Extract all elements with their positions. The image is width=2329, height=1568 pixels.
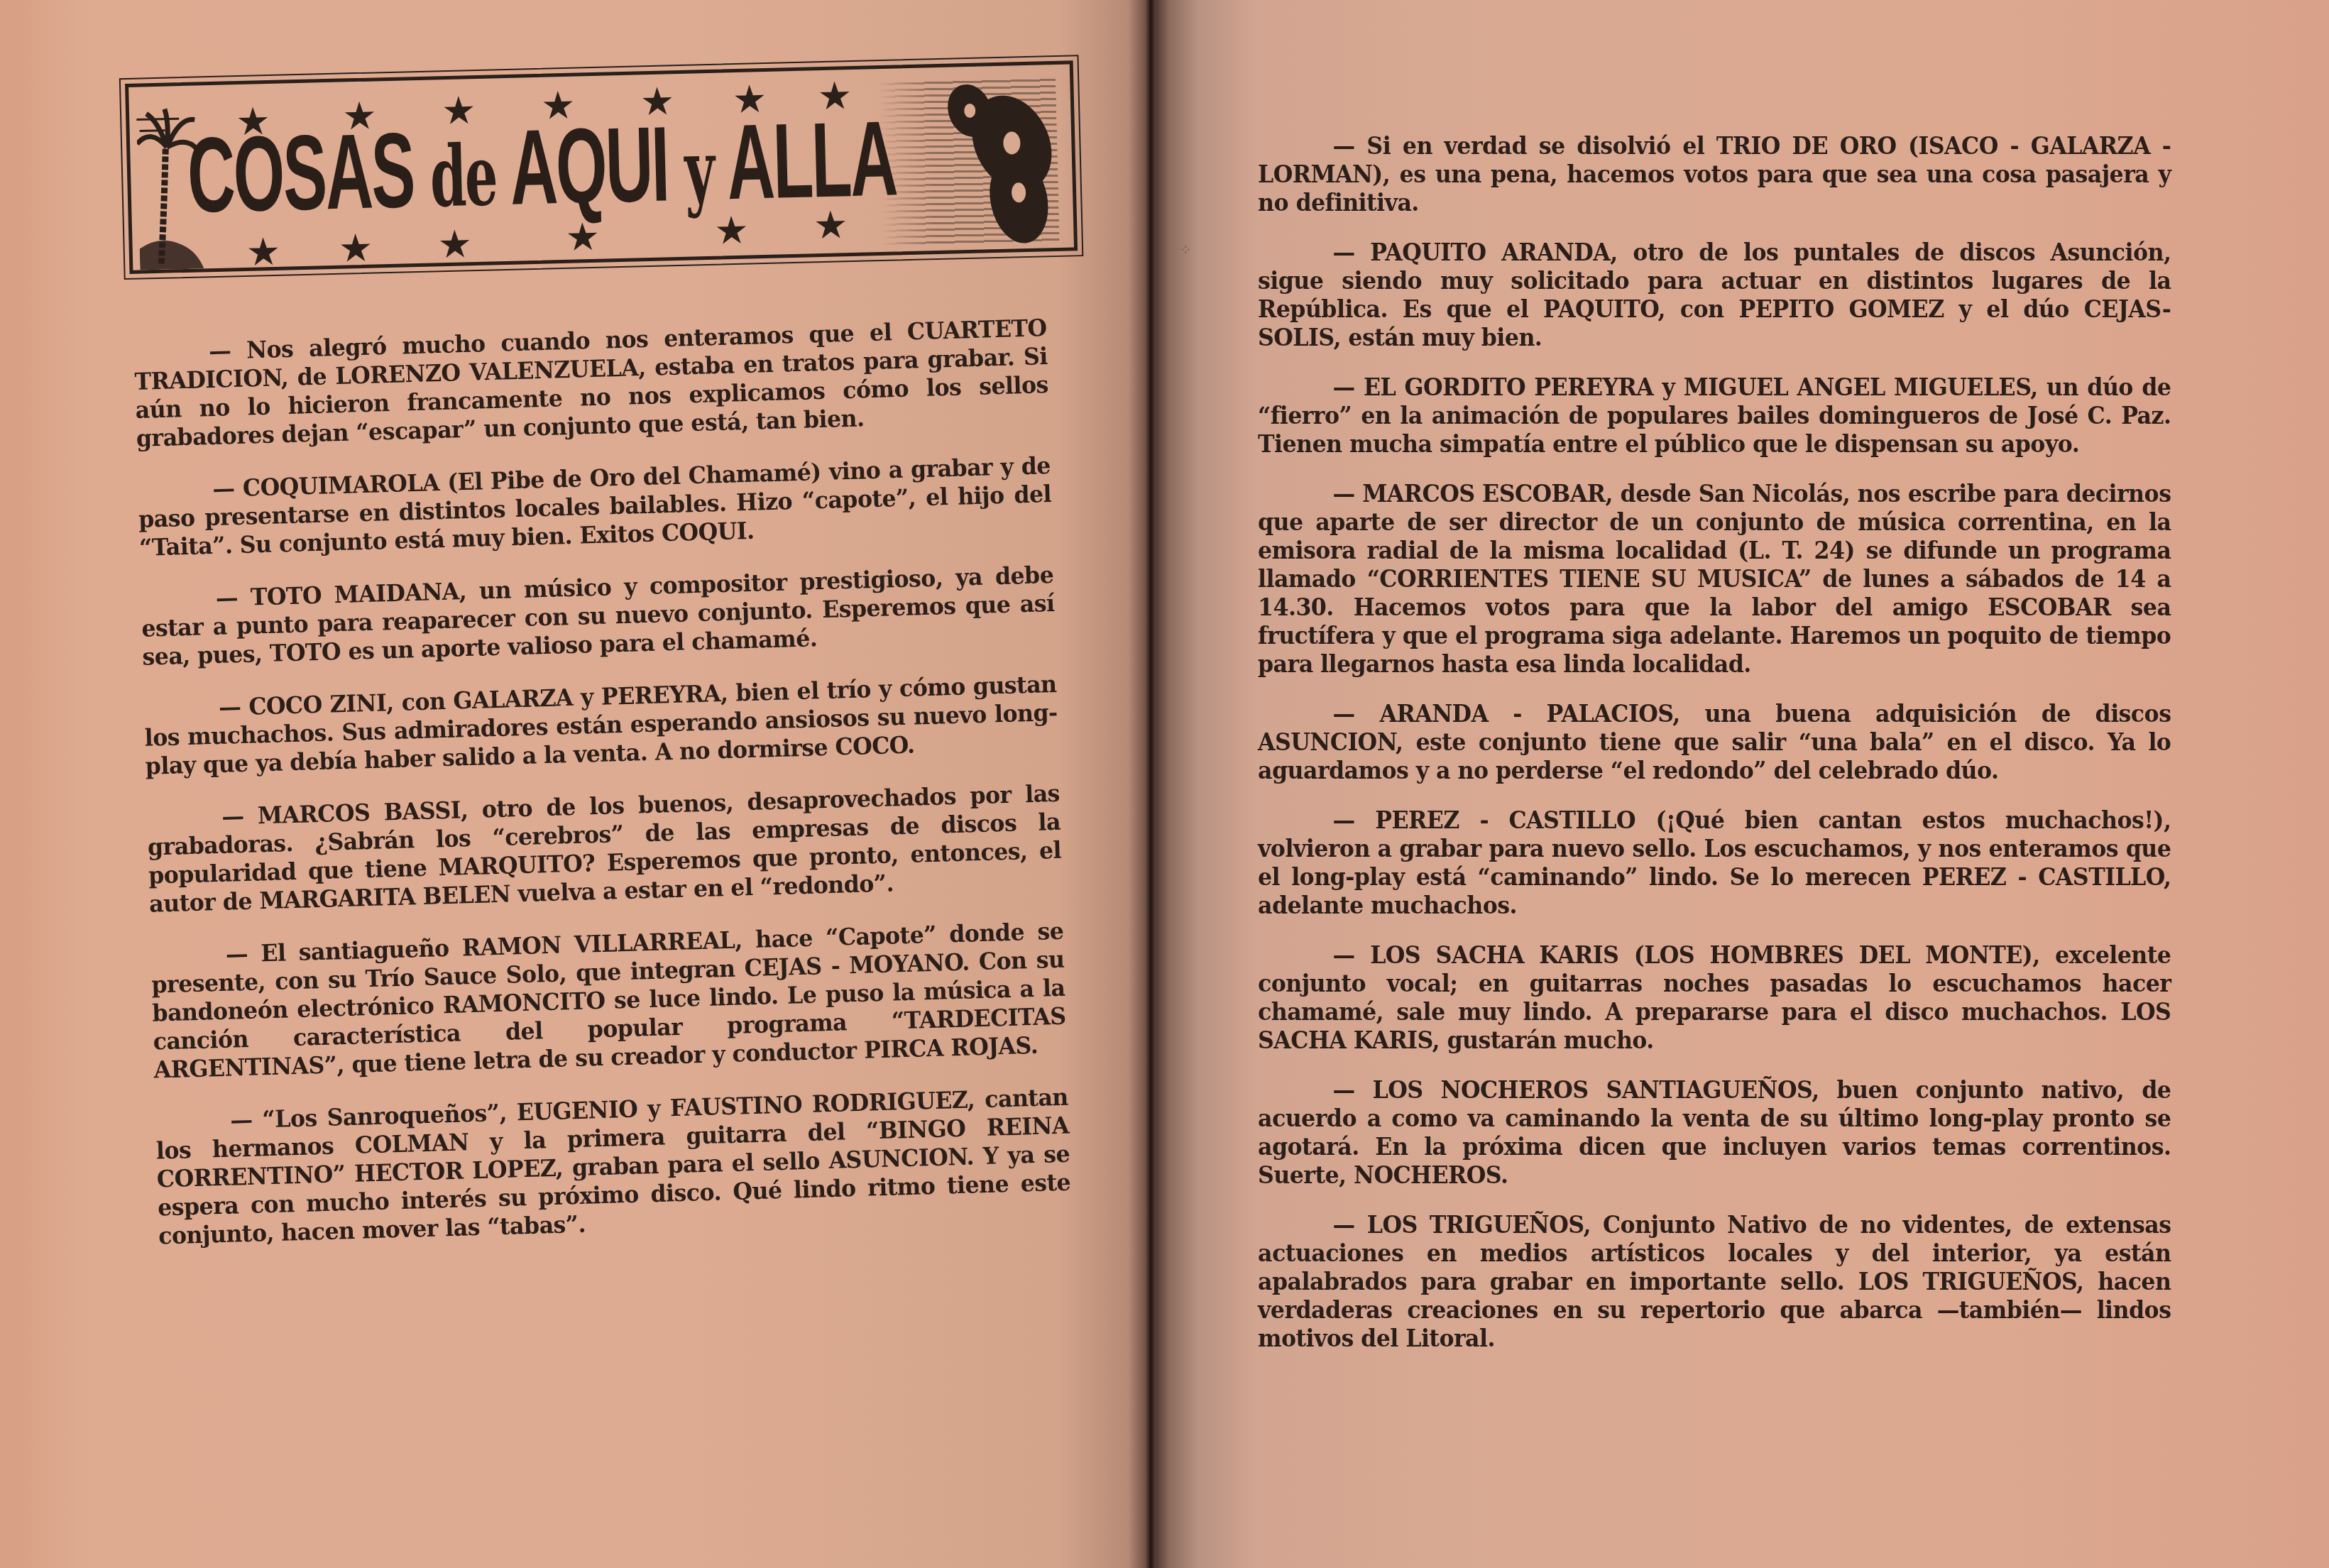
section-title: COSAS de AQUI y ALLA <box>186 102 897 240</box>
left-article-column: — Nos alegró mucho cuando nos enteramos … <box>133 313 1110 1275</box>
news-item: — MARCOS ESCOBAR, desde San Nicolás, nos… <box>1258 480 2171 679</box>
ink-speck: ⁘ <box>1180 241 1192 258</box>
right-article-column: — Si en verdad se disolvió el TRIO DE OR… <box>1258 132 2209 1374</box>
news-item: — ARANDA - PALACIOS, una buena adquisici… <box>1258 700 2171 785</box>
title-word-cosas: COSAS <box>186 110 415 235</box>
news-item: — MARCOS BASSI, otro de los buenos, desa… <box>146 779 1062 919</box>
news-item: — TOTO MAIDANA, un músico y compositor p… <box>141 561 1056 671</box>
news-item: — COCO ZINI, con GALARZA y PEREYRA, bien… <box>143 670 1058 781</box>
star-icon: ★ <box>246 233 281 272</box>
news-item: — COQUIMAROLA (El Pibe de Oro del Chamam… <box>137 451 1052 562</box>
title-word-de: de <box>429 126 497 226</box>
news-item: — Si en verdad se disolvió el TRIO DE OR… <box>1258 132 2171 217</box>
title-word-alla: ALLA <box>725 99 897 222</box>
news-item: — Nos alegró mucho cuando nos enteramos … <box>133 314 1049 453</box>
left-page: ★ ★ ★ ★ ★ ★ ★ ★ ★ ★ ★ ★ ★ COSAS de AQUI … <box>0 0 1151 1568</box>
news-item: — LOS SACHA KARIS (LOS HOMBRES DEL MONTE… <box>1258 941 2171 1055</box>
news-item: — LOS NOCHEROS SANTIAGUEÑOS, buen conjun… <box>1258 1076 2171 1190</box>
news-item: — PEREZ - CASTILLO (¡Qué bien cantan est… <box>1258 806 2171 920</box>
news-item: — El santiagueño RAMON VILLARREAL, hace … <box>150 917 1067 1085</box>
book-gutter <box>1146 0 1156 1568</box>
title-word-y: y <box>684 121 714 220</box>
title-word-aqui: AQUI <box>508 104 669 226</box>
news-item: — PAQUITO ARANDA, otro de los puntales d… <box>1258 239 2171 352</box>
news-item: — “Los Sanroqueños”, EUGENIO y FAUSTINO … <box>155 1083 1071 1251</box>
vinyl-record-icon <box>932 75 1064 248</box>
news-item: — EL GORDITO PEREYRA y MIGUEL ANGEL MIGU… <box>1258 373 2171 459</box>
news-item: — LOS TRIGUEÑOS, Conjunto Nativo de no v… <box>1258 1211 2171 1353</box>
section-header-banner: ★ ★ ★ ★ ★ ★ ★ ★ ★ ★ ★ ★ ★ COSAS de AQUI … <box>125 60 1078 274</box>
right-page: ⁘ — Si en verdad se disolvió el TRIO DE … <box>1151 0 2329 1568</box>
